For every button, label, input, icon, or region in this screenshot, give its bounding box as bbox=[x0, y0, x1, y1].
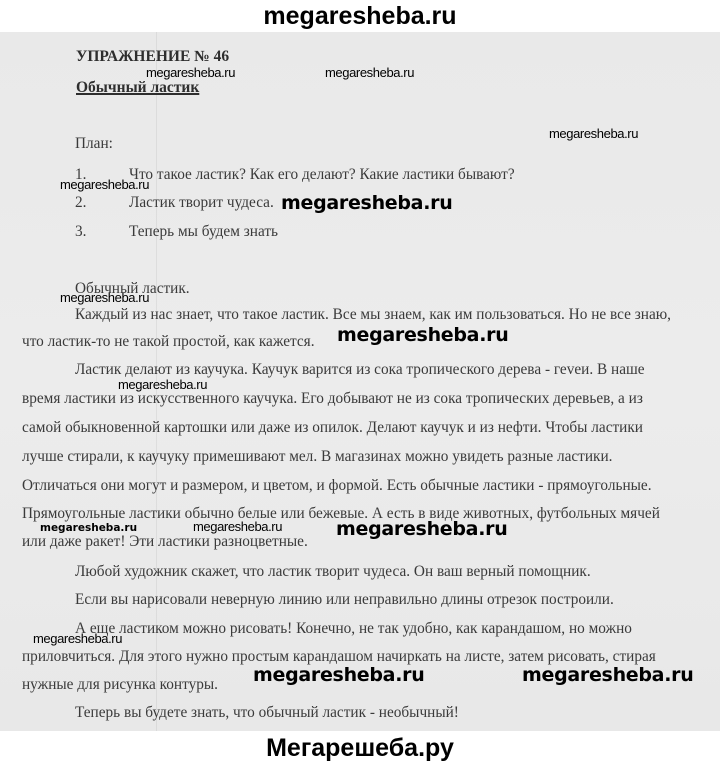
essay-line: или даже ракет! Эти ластики разноцветные… bbox=[22, 533, 308, 551]
essay-line: Если вы нарисовали неверную линию или не… bbox=[75, 591, 614, 609]
plan-item-text: Что такое ластик? Как его делают? Какие … bbox=[129, 166, 515, 184]
essay-subtitle: Обычный ластик bbox=[76, 79, 199, 97]
watermark: megaresheba.ru bbox=[522, 664, 693, 686]
essay-line: нужные для рисунка контуры. bbox=[22, 676, 218, 694]
watermark: megaresheba.ru bbox=[33, 632, 122, 646]
site-footer-title: Мегарешеба.ру bbox=[0, 731, 720, 766]
essay-line: Каждый из нас знает, что такое ластик. В… bbox=[75, 306, 671, 324]
watermark: megaresheba.ru bbox=[337, 324, 508, 346]
essay-line: что ластик-то не такой простой, как каже… bbox=[22, 333, 315, 351]
essay-line: Отличаться они могут и размером, и цвето… bbox=[22, 477, 652, 495]
plan-item-text: Ластик творит чудеса. bbox=[129, 194, 274, 212]
site-header-title: megaresheba.ru bbox=[0, 0, 720, 32]
plan-item-number: 2. bbox=[75, 194, 86, 212]
essay-line: лучше стирали, к каучуку примешивают мел… bbox=[22, 448, 612, 466]
watermark: megaresheba.ru bbox=[193, 520, 282, 534]
essay-line: Любой художник скажет, что ластик творит… bbox=[75, 563, 591, 581]
essay-line: время ластики из искусственного каучука.… bbox=[22, 390, 643, 408]
exercise-title: УПРАЖНЕНИЕ № 46 bbox=[76, 48, 229, 66]
watermark: megaresheba.ru bbox=[253, 664, 424, 686]
watermark: megaresheba.ru bbox=[118, 378, 207, 392]
watermark: megaresheba.ru bbox=[281, 192, 452, 214]
plan-item-text: Теперь мы будем знать bbox=[129, 223, 278, 241]
watermark: megaresheba.ru bbox=[60, 291, 149, 305]
essay-line: Теперь вы будете знать, что обычный ласт… bbox=[75, 704, 459, 722]
watermark: megaresheba.ru bbox=[336, 518, 507, 540]
watermark: megaresheba.ru bbox=[325, 66, 414, 80]
watermark: megaresheba.ru bbox=[146, 66, 235, 80]
essay-line: самой обыкновенной картошки или даже из … bbox=[22, 419, 643, 437]
watermark: megaresheba.ru bbox=[549, 127, 638, 141]
plan-label: План: bbox=[75, 135, 113, 153]
watermark: megaresheba.ru bbox=[60, 178, 149, 192]
plan-item-number: 3. bbox=[75, 223, 86, 241]
essay-line: А еще ластиком можно рисовать! Конечно, … bbox=[75, 620, 632, 638]
watermark: megaresheba.ru bbox=[40, 522, 137, 534]
